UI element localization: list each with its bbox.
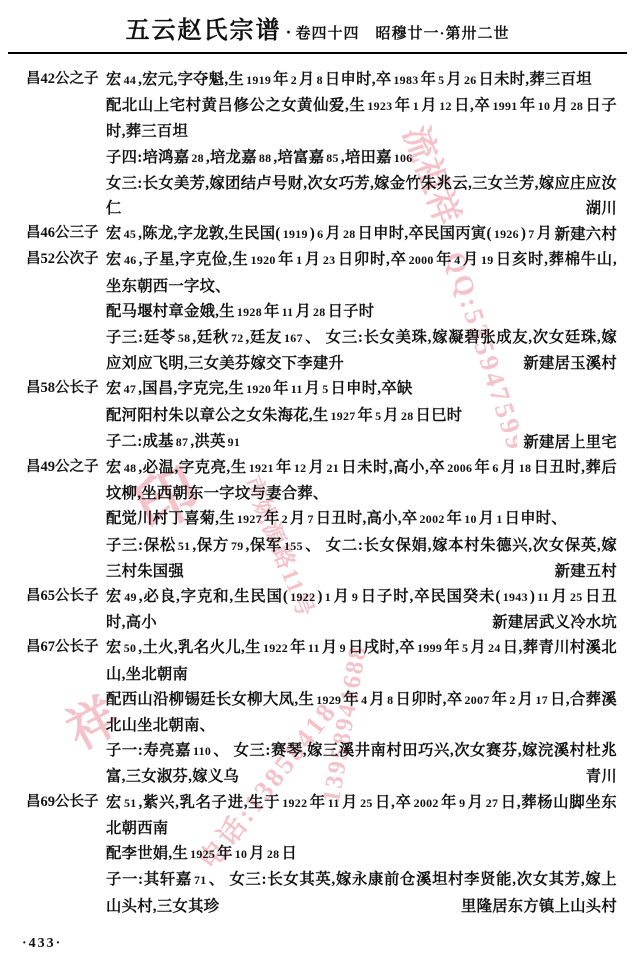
- inline-number: 155: [284, 539, 303, 553]
- header-rule: [8, 52, 627, 54]
- entry: 昌42公之子宏44,宏元,字夺魁,生1919年2月8日申时,卒1983年5月26…: [20, 67, 617, 221]
- inline-number: 9: [459, 796, 465, 810]
- entry-content: 宏47,国昌,字克完,生1920年11月5日申时,卒缺配河阳村朱以章公之女朱海花…: [106, 376, 617, 455]
- inline-number: 27: [486, 796, 499, 810]
- inline-number: 5: [375, 409, 381, 423]
- inline-number: 1920: [246, 382, 271, 396]
- inline-number: 49: [41, 459, 56, 475]
- inline-number: 1919: [283, 227, 308, 241]
- inline-number: 2007: [465, 693, 490, 707]
- entry-label: 昌49公之子: [20, 455, 106, 584]
- inline-number: 10: [235, 847, 248, 861]
- inline-number: 4: [454, 253, 460, 267]
- inline-number: 11: [291, 382, 303, 396]
- inline-number: 28: [401, 409, 414, 423]
- inline-number: 1928: [237, 305, 262, 319]
- entry: 昌58公长子宏47,国昌,字克完,生1920年11月5日申时,卒缺配河阳村朱以章…: [20, 376, 617, 455]
- inline-number: 1: [413, 99, 419, 113]
- entry: 昌46公三子宏45,陈龙,字龙敦,生民国(1919)6月28日申时,卒民国丙寅(…: [20, 221, 617, 247]
- entry-label: 昌42公之子: [20, 67, 106, 221]
- inline-number: 2000: [409, 253, 434, 267]
- inline-number: 1983: [393, 73, 418, 87]
- page-header: 五云赵氏宗谱·卷四十四 昭穆廿一·第卅二世: [0, 0, 635, 45]
- inline-number: 58: [178, 331, 191, 345]
- inline-number: 91: [228, 435, 241, 449]
- entry-label: 昌65公长子: [20, 584, 106, 635]
- entry-paragraph: 宏44,宏元,字夺魁,生1919年2月8日申时,卒1983年5月26日未时,葬三…: [106, 67, 617, 93]
- inline-number: 10: [538, 99, 551, 113]
- inline-number: 8: [387, 693, 393, 707]
- entry-paragraph: 宏48,必温,字克亮,生1921年12月21日未时,高小,卒2006年6月18日…: [106, 455, 617, 506]
- inline-number: 2002: [420, 512, 445, 526]
- entry-paragraph: 子三:廷苓58,廷秋72,廷友167、 女三:长女美珠,嫁凝碧张成友,次女廷珠,…: [106, 325, 617, 376]
- inline-number: 58: [41, 380, 56, 396]
- inline-number: 88: [259, 151, 272, 165]
- inline-number: 1922: [282, 796, 307, 810]
- inline-number: 5: [462, 641, 468, 655]
- inline-number: 2: [291, 73, 297, 87]
- entry-paragraph: 子二:成基87,洪英91新建居上里宅: [106, 429, 617, 455]
- inline-number: 71: [194, 873, 207, 887]
- inline-number: 67: [41, 639, 56, 655]
- inline-number: 1927: [237, 512, 262, 526]
- entry-paragraph: 配李世娟,生1925年10月28日: [106, 841, 617, 867]
- inline-number: 6: [492, 461, 498, 475]
- entry-content: 宏46,子星,字克俭,生1920年1月23日卯时,卒2000年4月19日亥时,葬…: [106, 247, 617, 376]
- entry-paragraph: 宏46,子星,字克俭,生1920年1月23日卯时,卒2000年4月19日亥时,葬…: [106, 247, 617, 298]
- inline-number: 49: [124, 590, 137, 604]
- entry-paragraph: 女三:长女美芳,嫁团结卢号财,次女巧芳,嫁金竹朱兆云,三女兰芳,嫁应庄应汝仁湖川: [106, 171, 617, 221]
- inline-number: 42: [41, 71, 56, 87]
- residence-location: 新建居上里宅: [517, 430, 617, 455]
- inline-number: 1919: [246, 73, 271, 87]
- inline-number: 6: [317, 227, 323, 241]
- inline-number: 48: [124, 461, 137, 475]
- entry-content: 宏45,陈龙,字龙敦,生民国(1919)6月28日申时,卒民国丙寅(1926)7…: [106, 221, 617, 247]
- inline-number: 25: [570, 590, 583, 604]
- inline-number: 52: [41, 251, 56, 267]
- inline-number: 1926: [494, 227, 519, 241]
- inline-number: 106: [394, 151, 413, 165]
- inline-number: 28: [191, 151, 204, 165]
- entry-content: 宏44,宏元,字夺魁,生1919年2月8日申时,卒1983年5月26日未时,葬三…: [106, 67, 617, 221]
- inline-number: 2002: [414, 796, 439, 810]
- inline-number: 9: [340, 641, 346, 655]
- inline-number: 4: [361, 693, 367, 707]
- entry-paragraph: 宏47,国昌,字克完,生1920年11月5日申时,卒缺: [106, 376, 617, 402]
- inline-number: 79: [231, 539, 244, 553]
- inline-number: 2: [282, 512, 288, 526]
- entry-paragraph: 宏50,土火,乳名火儿,生1922年11月9日戌时,卒1999年5月24日,葬青…: [106, 635, 617, 686]
- entry-paragraph: 宏51,紫兴,乳名子进,生于1922年11月25日,卒2002年9月27日,葬杨…: [106, 790, 617, 841]
- inline-number: 44: [124, 73, 137, 87]
- entry: 昌52公次子宏46,子星,字克俭,生1920年1月23日卯时,卒2000年4月1…: [20, 247, 617, 376]
- entry-label: 昌69公长子: [20, 790, 106, 919]
- inline-number: 28: [267, 847, 280, 861]
- entry-content: 宏49,必良,字克和,生民国(1922)1月9日子时,卒民国癸未(1943)11…: [106, 584, 617, 635]
- entry-paragraph: 宏45,陈龙,字龙敦,生民国(1919)6月28日申时,卒民国丙寅(1926)7…: [106, 221, 617, 247]
- inline-number: 28: [571, 99, 584, 113]
- inline-number: 65: [41, 588, 56, 604]
- inline-number: 1991: [492, 99, 517, 113]
- inline-number: 1927: [330, 409, 355, 423]
- inline-number: 1943: [503, 590, 528, 604]
- entry-paragraph: 配马堰村章金娥,生1928年11月28日子时: [106, 299, 617, 325]
- residence-location: 新建六村: [549, 222, 617, 247]
- entries: 昌42公之子宏44,宏元,字夺魁,生1919年2月8日申时,卒1983年5月26…: [20, 67, 617, 919]
- entry: 昌69公长子宏51,紫兴,乳名子进,生于1922年11月25日,卒2002年9月…: [20, 790, 617, 919]
- inline-number: 12: [294, 461, 307, 475]
- inline-number: 2006: [447, 461, 472, 475]
- entry-content: 宏50,土火,乳名火儿,生1922年11月9日戌时,卒1999年5月24日,葬青…: [106, 635, 617, 789]
- entry: 昌65公长子宏49,必良,字克和,生民国(1922)1月9日子时,卒民国癸未(1…: [20, 584, 617, 635]
- entry-label: 昌46公三子: [20, 221, 106, 247]
- inline-number: 50: [124, 641, 137, 655]
- inline-number: 11: [308, 641, 320, 655]
- inline-number: 28: [343, 227, 356, 241]
- inline-number: 26: [464, 73, 477, 87]
- inline-number: 18: [519, 461, 532, 475]
- residence-location: 里隆居东方镇上山头村: [455, 894, 617, 919]
- entry-content: 宏51,紫兴,乳名子进,生于1922年11月25日,卒2002年9月27日,葬杨…: [106, 790, 617, 919]
- entry-paragraph: 宏49,必良,字克和,生民国(1922)1月9日子时,卒民国癸未(1943)11…: [106, 584, 617, 635]
- inline-number: 167: [284, 331, 303, 345]
- entry-content: 宏48,必温,字克亮,生1921年12月21日未时,高小,卒2006年6月18日…: [106, 455, 617, 584]
- inline-number: 5: [438, 73, 444, 87]
- inline-number: 72: [231, 331, 244, 345]
- inline-number: 1925: [190, 847, 215, 861]
- inline-number: 1: [325, 590, 331, 604]
- entry-paragraph: 子三:保松51,保方79,保军155、 女二:长女保娟,嫁本村朱德兴,次女保英,…: [106, 533, 617, 584]
- page-number: ·433·: [22, 936, 62, 952]
- inline-number: 45: [124, 227, 137, 241]
- inline-number: 46: [124, 253, 137, 267]
- inline-number: 11: [328, 796, 340, 810]
- inline-number: 10: [464, 512, 477, 526]
- inline-number: 1: [296, 253, 302, 267]
- inline-number: 12: [439, 99, 452, 113]
- entry: 昌49公之子宏48,必温,字克亮,生1921年12月21日未时,高小,卒2006…: [20, 455, 617, 584]
- inline-number: 23: [323, 253, 336, 267]
- entry: 昌67公长子宏50,土火,乳名火儿,生1922年11月9日戌时,卒1999年5月…: [20, 635, 617, 789]
- inline-number: 7: [528, 227, 534, 241]
- inline-number: 9: [352, 590, 358, 604]
- residence-location: 新建居武义冷水坑: [486, 610, 617, 635]
- volume-subtitle: 卷四十四 昭穆廿一·第卅二世: [296, 26, 510, 42]
- inline-number: 24: [488, 641, 501, 655]
- entry-paragraph: 子四:培鸿嘉28,培龙嘉88,培富嘉85,培田嘉106: [106, 145, 617, 171]
- entry-label: 昌58公长子: [20, 376, 106, 455]
- inline-number: 69: [41, 794, 56, 810]
- title-separator-dot: ·: [281, 22, 295, 42]
- inline-number: 1920: [251, 253, 276, 267]
- entry-paragraph: 子一:其轩嘉71、 女三:长女其英,嫁永康前仓溪坦村李贤能,次女其芳,嫁上山头村…: [106, 867, 617, 918]
- inline-number: 1: [496, 512, 502, 526]
- residence-location: 湖川: [580, 196, 617, 221]
- residence-location: 新建居玉溪村: [517, 351, 617, 376]
- inline-number: 25: [360, 796, 373, 810]
- entry-label: 昌67公长子: [20, 635, 106, 789]
- inline-number: 46: [41, 225, 56, 241]
- inline-number: 51: [124, 796, 137, 810]
- inline-number: 21: [327, 461, 340, 475]
- entry-paragraph: 配河阳村朱以章公之女朱海花,生1927年5月28日巳时: [106, 403, 617, 429]
- inline-number: 85: [326, 151, 339, 165]
- inline-number: 2: [509, 693, 515, 707]
- inline-number: 1923: [367, 99, 392, 113]
- inline-number: 11: [537, 590, 549, 604]
- entry-paragraph: 配北山上宅村黄吕修公之女黄仙爱,生1923年1月12日,卒1991年10月28日…: [106, 93, 617, 144]
- inline-number: 1922: [263, 641, 288, 655]
- inline-number: 47: [124, 382, 137, 396]
- inline-number: 8: [317, 73, 323, 87]
- inline-number: 28: [313, 305, 326, 319]
- residence-location: 青川: [580, 764, 617, 789]
- entry-paragraph: 配觉川村丁喜菊,生1927年2月7日丑时,高小,卒2002年10月1日申时、: [106, 506, 617, 532]
- inline-number: 87: [176, 435, 189, 449]
- inline-number: 19: [481, 253, 494, 267]
- inline-number: 1999: [417, 641, 442, 655]
- entry-label: 昌52公次子: [20, 247, 106, 376]
- inline-number: 1922: [290, 590, 315, 604]
- genealogy-page: 流祖祥QQ:535947599电话:1385841813958941688市姚源…: [0, 0, 635, 968]
- inline-number: 17: [535, 693, 548, 707]
- entry-paragraph: 子一:寿亮嘉110、 女三:赛琴,嫁三溪井南村田巧兴,次女赛芬,嫁浣溪村杜兆富,…: [106, 738, 617, 789]
- inline-number: 51: [178, 539, 191, 553]
- inline-number: 7: [307, 512, 313, 526]
- residence-location: 新建五村: [549, 559, 617, 584]
- inline-number: 1929: [316, 693, 341, 707]
- inline-number: 11: [282, 305, 294, 319]
- inline-number: 1921: [249, 461, 274, 475]
- book-title: 五云赵氏宗谱: [125, 18, 281, 44]
- inline-number: 110: [193, 744, 211, 758]
- inline-number: 5: [322, 382, 328, 396]
- entry-paragraph: 配西山沿柳锡廷长女柳大凤,生1929年4月8日卯时,卒2007年2月17日,合葬…: [106, 687, 617, 738]
